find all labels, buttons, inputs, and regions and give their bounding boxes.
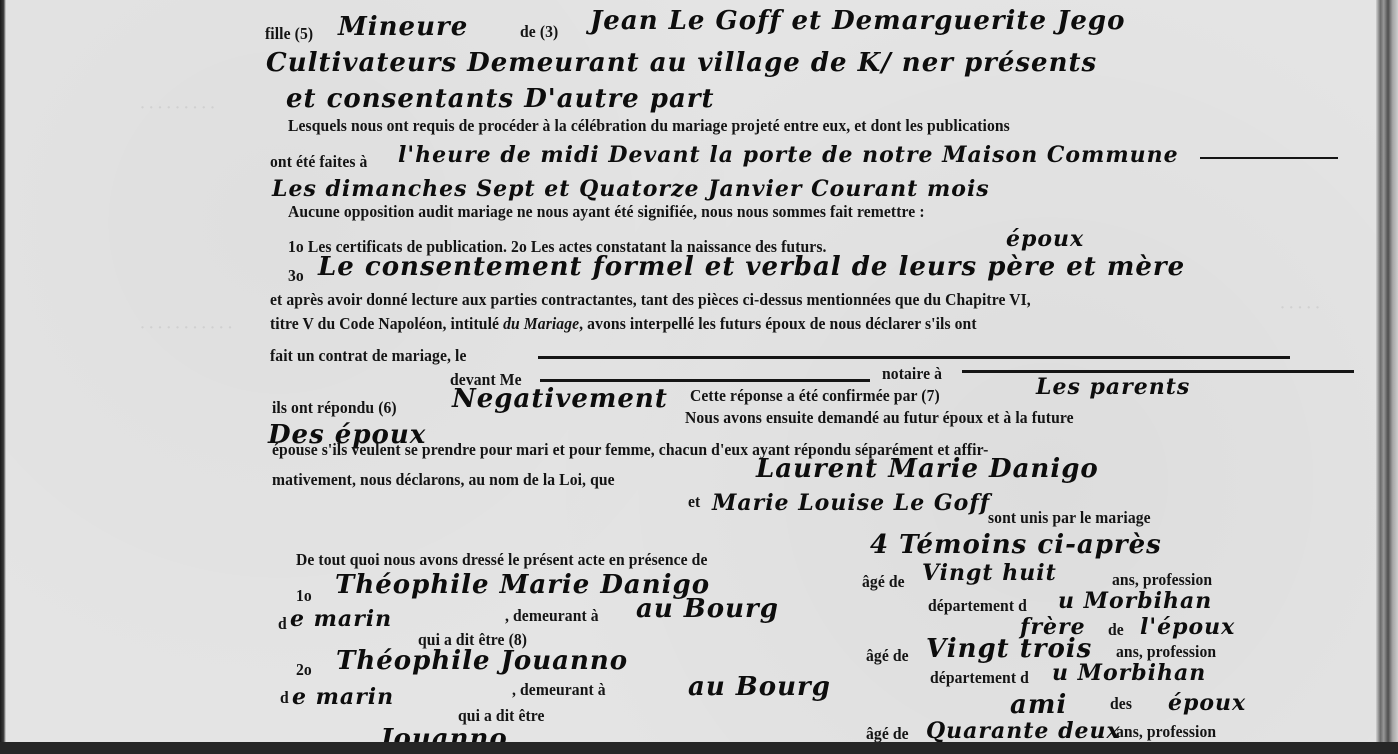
bleed-through-text: · · · · · · · · · · ·	[140, 320, 233, 337]
witness-1-dept: u Morbihan	[1058, 588, 1212, 614]
witness-1-relation-of-hw: l'époux	[1140, 614, 1235, 640]
fill-line-contract-date	[538, 356, 1290, 359]
print-publications-made: ont été faites à	[270, 152, 367, 172]
print-after-reading: et après avoir donné lecture aux parties…	[270, 290, 1031, 310]
print-no-opposition: Aucune opposition audit mariage ne nous …	[288, 202, 925, 222]
handwriting-publication-place: l'heure de midi Devant la porte de notre…	[398, 142, 1179, 168]
witness-1-residence: au Bourg	[636, 594, 779, 624]
print-they-answered: ils ont répondu (6)	[272, 398, 397, 418]
print-item-3: 3o	[288, 266, 304, 286]
witness-1-relation-of: de	[1108, 620, 1124, 640]
bleed-through-text: · · · · · · · · ·	[140, 100, 215, 117]
fill-line-notary	[540, 379, 870, 382]
print-we-asked: Nous avons ensuite demandé au futur épou…	[685, 408, 1074, 428]
fill-line-notary-place	[962, 370, 1354, 373]
witness-3-name: ... Jouanno	[340, 724, 508, 742]
witness-3-age-suffix: ans, profession	[1116, 722, 1216, 742]
witness-1-dept-label: département d	[928, 596, 1027, 616]
print-et: et	[688, 492, 700, 512]
print-fille: fille (5)	[265, 24, 313, 44]
print-code-napoleon-a: titre V du Code Napoléon, intitulé	[270, 314, 499, 333]
handwriting-the-parents: Les parents	[1036, 374, 1190, 400]
witness-1-profession: e marin	[290, 606, 392, 632]
handwriting-publication-dates: Les dimanches Sept et Quatorze Janvier C…	[272, 176, 990, 202]
witness-2-age-suffix: ans, profession	[1116, 642, 1216, 662]
print-contract: fait un contrat de mariage, le	[270, 346, 466, 366]
witness-1-age-suffix: ans, profession	[1112, 570, 1212, 590]
print-we-declare: mativement, nous déclarons, au nom de la…	[272, 470, 615, 490]
witness-2-residence: au Bourg	[688, 672, 831, 702]
print-code-napoleon: titre V du Code Napoléon, intitulé du Ma…	[270, 314, 977, 334]
handwriting-parents: Jean Le Goff et Demarguerite Jego	[590, 6, 1125, 36]
handwriting-parental-consent: Le consentement formel et verbal de leur…	[318, 252, 1185, 282]
handwriting-groom-name: Laurent Marie Danigo	[756, 454, 1099, 484]
witness-2-relation-of-hw: époux	[1168, 690, 1246, 716]
fill-line	[1200, 157, 1338, 159]
witness-1-age: Vingt huit	[922, 560, 1057, 586]
witness-1-residence-label: , demeurant à	[505, 606, 599, 626]
print-united-in-marriage: sont unis par le mariage	[988, 508, 1151, 528]
viewer-bottom-bar	[0, 742, 1398, 754]
witness-2-relation: ami	[1010, 690, 1067, 720]
handwriting-four-witnesses: 4 Témoins ci-après	[870, 530, 1162, 560]
handwriting-spouses: époux	[1006, 226, 1084, 252]
print-requested: Lesquels nous ont requis de procéder à l…	[288, 116, 1010, 136]
witness-2-residence-label: , demeurant à	[512, 680, 606, 700]
witness-2-age-label: âgé de	[866, 646, 909, 666]
witness-2-origin-prefix: d	[280, 688, 289, 708]
witness-3-age: Quarante deux	[926, 718, 1121, 742]
witness-2-index: 2o	[296, 660, 312, 680]
print-code-napoleon-b: , avons interpellé les futurs époux de n…	[579, 314, 976, 333]
document-scan: · · · · · · · · · · · · · · · · · · · · …	[0, 0, 1398, 742]
handwriting-residence: Cultivateurs Demeurant au village de K/ …	[266, 48, 1097, 78]
page-left-edge	[0, 0, 6, 742]
witness-2-name: Théophile Jouanno	[336, 646, 628, 676]
page-binding-edge	[1376, 0, 1398, 742]
witness-3-age-label: âgé de	[866, 724, 909, 742]
handwriting-bride-name: Marie Louise Le Goff	[712, 490, 990, 516]
witness-1-origin-prefix: d	[278, 614, 287, 634]
witness-1-index: 1o	[296, 586, 312, 606]
witness-2-profession: e marin	[292, 684, 394, 710]
print-in-presence-of: De tout quoi nous avons dressé le présen…	[296, 550, 708, 570]
print-de: de (3)	[520, 22, 558, 42]
handwriting-consent-other-part: et consentants D'autre part	[286, 84, 715, 114]
handwriting-negatively: Negativement	[452, 384, 668, 414]
witness-2-dept: u Morbihan	[1052, 660, 1206, 686]
bleed-through-text: · · · · ·	[1280, 300, 1320, 317]
handwriting-minor: Mineure	[338, 12, 468, 42]
print-notaire-a: notaire à	[882, 364, 942, 384]
witness-2-relation-label: qui a dit être	[458, 706, 545, 726]
witness-1-age-label: âgé de	[862, 572, 905, 592]
witness-2-dept-label: département d	[930, 668, 1029, 688]
witness-2-relation-of: des	[1110, 694, 1132, 714]
print-du-mariage: du Mariage	[503, 314, 579, 333]
print-confirmed-by: Cette réponse a été confirmée par (7)	[690, 386, 940, 406]
